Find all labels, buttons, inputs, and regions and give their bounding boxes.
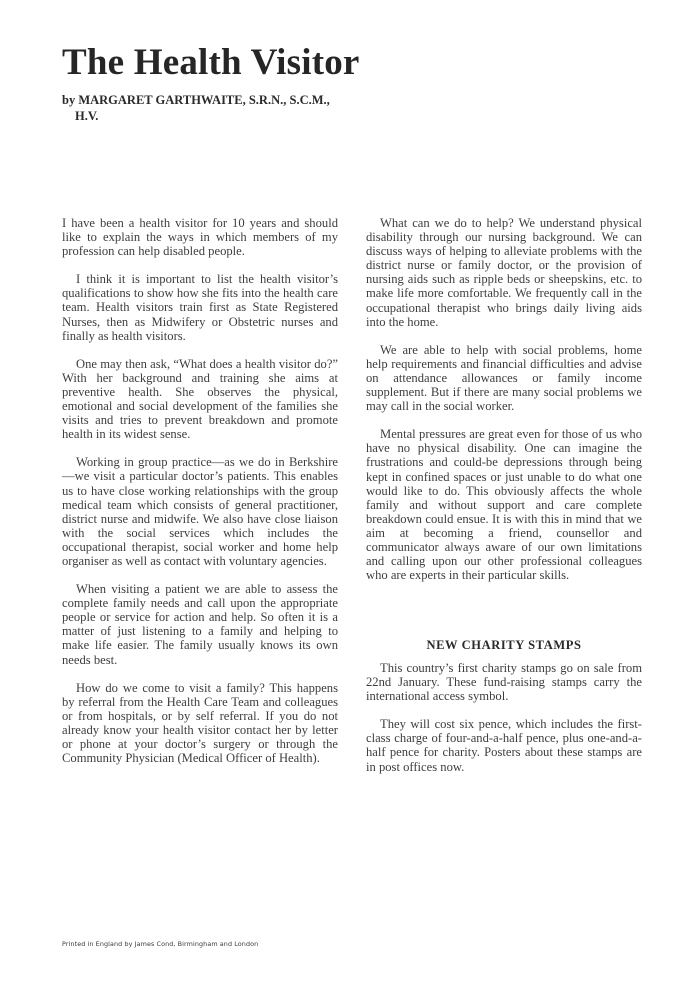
charity-stamps-text: This country’s first charity stamps go o… xyxy=(366,661,642,788)
paragraph-mental-pressures: Mental pressures are great even for thos… xyxy=(366,427,642,582)
right-text-column: What can we do to help? We understand ph… xyxy=(366,216,642,596)
left-text-column: I have been a health visitor for 10 year… xyxy=(62,216,338,779)
byline-line-2: H.V. xyxy=(62,108,362,124)
byline-line-1: by MARGARET GARTHWAITE, S.R.N., S.C.M., xyxy=(62,93,330,107)
paragraph-introduction: I have been a health visitor for 10 year… xyxy=(62,216,338,258)
paragraph-stamps-cost: They will cost six pence, which includes… xyxy=(366,717,642,773)
author-byline: by MARGARET GARTHWAITE, S.R.N., S.C.M., … xyxy=(62,92,362,124)
paragraph-visiting: When visiting a patient we are able to a… xyxy=(62,582,338,667)
paragraph-group-practice: Working in group practice—as we do in Be… xyxy=(62,455,338,568)
charity-stamps-heading: NEW CHARITY STAMPS xyxy=(366,638,642,653)
paragraph-referral: How do we come to visit a family? This h… xyxy=(62,681,338,766)
paragraph-role: One may then ask, “What does a health vi… xyxy=(62,357,338,442)
paragraph-social-problems: We are able to help with social problems… xyxy=(366,343,642,413)
paragraph-qualifications: I think it is important to list the heal… xyxy=(62,272,338,342)
article-title: The Health Visitor xyxy=(62,44,360,81)
paragraph-stamps-sale: This country’s first charity stamps go o… xyxy=(366,661,642,703)
printer-imprint: Printed in England by James Cond, Birmin… xyxy=(62,940,258,948)
paragraph-physical-help: What can we do to help? We understand ph… xyxy=(366,216,642,329)
